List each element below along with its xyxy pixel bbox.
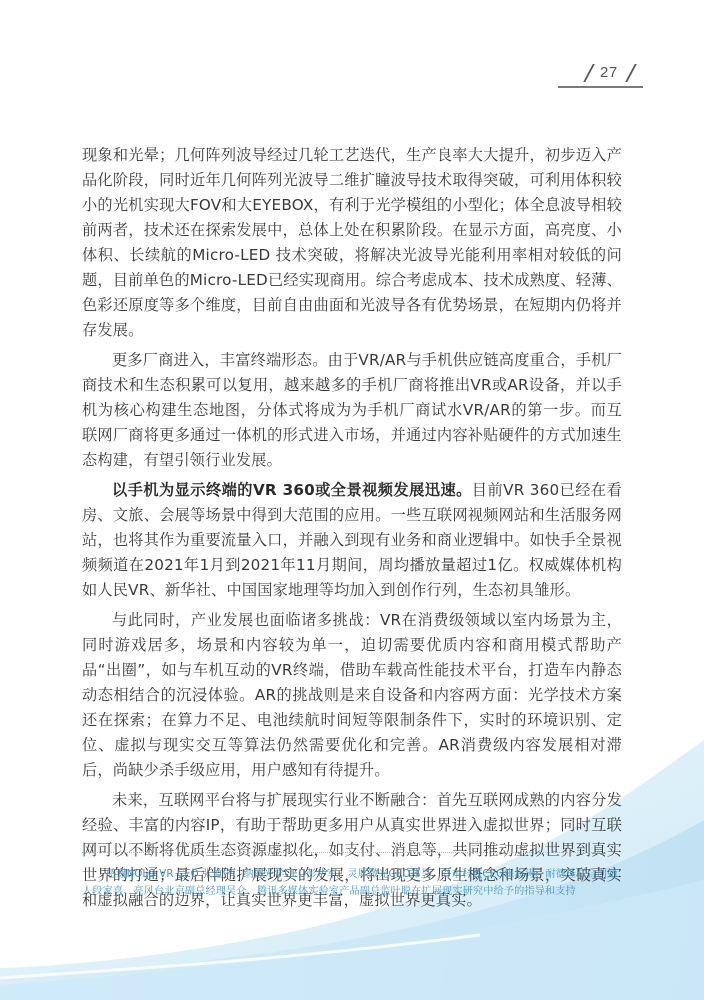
paragraph-text: 与此同时，产业发展也面临诸多挑战：VR在消费级领域以室内场景为主，同时游戏居多，… — [82, 611, 622, 779]
header-rule — [558, 86, 643, 88]
paragraph-3: 以手机为显示终端的VR 360或全景视频发展迅速。目前VR 360已经在看房、文… — [82, 478, 622, 603]
paragraph-2: 更多厂商进入，丰富终端形态。由于VR/AR与手机供应链高度重合，手机厂商技术和生… — [82, 348, 622, 473]
paragraph-1: 现象和光晕；几何阵列波导经过几轮工艺迭代，生产良率大大提升，初步迈入产品化阶段，… — [82, 143, 622, 343]
paragraph-text: 更多厂商进入，丰富终端形态。由于VR/AR与手机供应链高度重合，手机厂商技术和生… — [82, 351, 622, 469]
paragraph-bold-lead: 以手机为显示终端的VR 360或全景视频发展迅速。 — [112, 481, 472, 499]
slash-decoration — [583, 64, 595, 82]
page-number: 27 — [600, 64, 618, 81]
page-number-header: 27 — [558, 62, 648, 88]
dotted-divider — [82, 852, 600, 853]
slash-decoration — [625, 64, 637, 82]
body-text: 现象和光晕；几何阵列波导经过几轮工艺迭代，生产良率大大提升，初步迈入产品化阶段，… — [82, 143, 622, 918]
acknowledgement-note: 感谢NOLO VR CEO 张道宁，纳德光学CEO彭华军、灵犀微光CEO郑昱、谷… — [82, 866, 620, 900]
paragraph-4: 与此同时，产业发展也面临诸多挑战：VR在消费级领域以室内场景为主，同时游戏居多，… — [82, 608, 622, 783]
paragraph-text: 现象和光晕；几何阵列波导经过几轮工艺迭代，生产良率大大提升，初步迈入产品化阶段，… — [82, 146, 622, 339]
